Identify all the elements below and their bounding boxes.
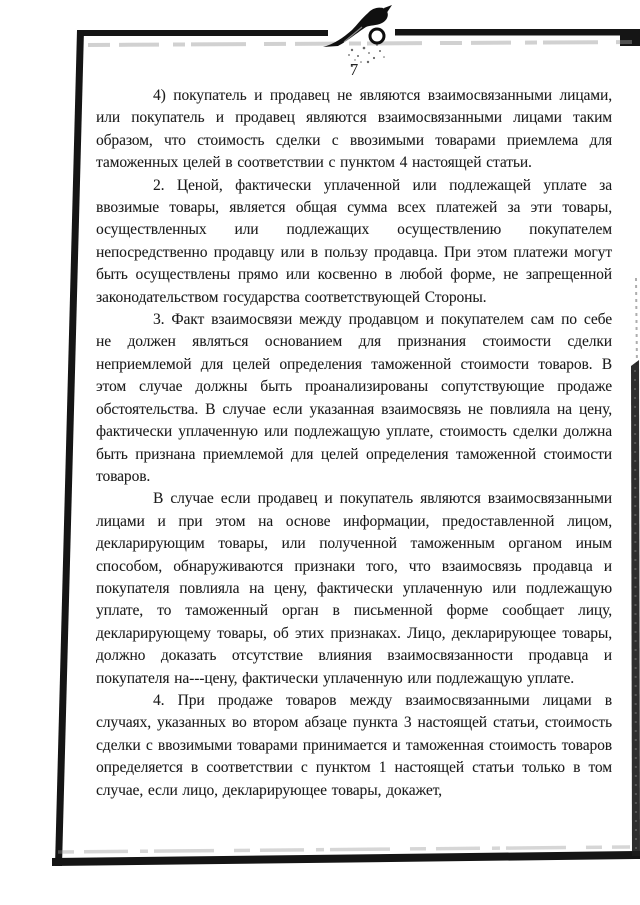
paragraph-point-2: 2. Ценой, фактически уплаченной или подл…	[96, 175, 612, 309]
top-smudge-line	[88, 42, 632, 45]
bottom-border	[52, 851, 640, 866]
bottom-smudge-line	[58, 847, 630, 852]
top-border-left	[78, 30, 328, 36]
paragraph-point-3-abzac-2: В случае если продавец и покупатель явля…	[96, 488, 612, 690]
right-border-dashed	[636, 278, 637, 368]
bird-icon	[323, 5, 392, 67]
paragraph-point-3: 3. Факт взаимосвязи между продавцом и по…	[96, 309, 612, 488]
paragraph-subpoint-4: 4) покупатель и продавец не являются вза…	[96, 85, 612, 175]
top-border-right	[395, 29, 640, 36]
page-number: 7	[96, 60, 612, 80]
ring-mark	[370, 29, 384, 43]
scanned-document-page: 7 4) покупатель и продавец не являются в…	[0, 0, 640, 905]
left-border	[55, 30, 84, 866]
document-text: 4) покупатель и продавец не являются вза…	[96, 85, 612, 802]
paragraph-point-4: 4. При продаже товаров между взаимосвяза…	[96, 690, 612, 802]
